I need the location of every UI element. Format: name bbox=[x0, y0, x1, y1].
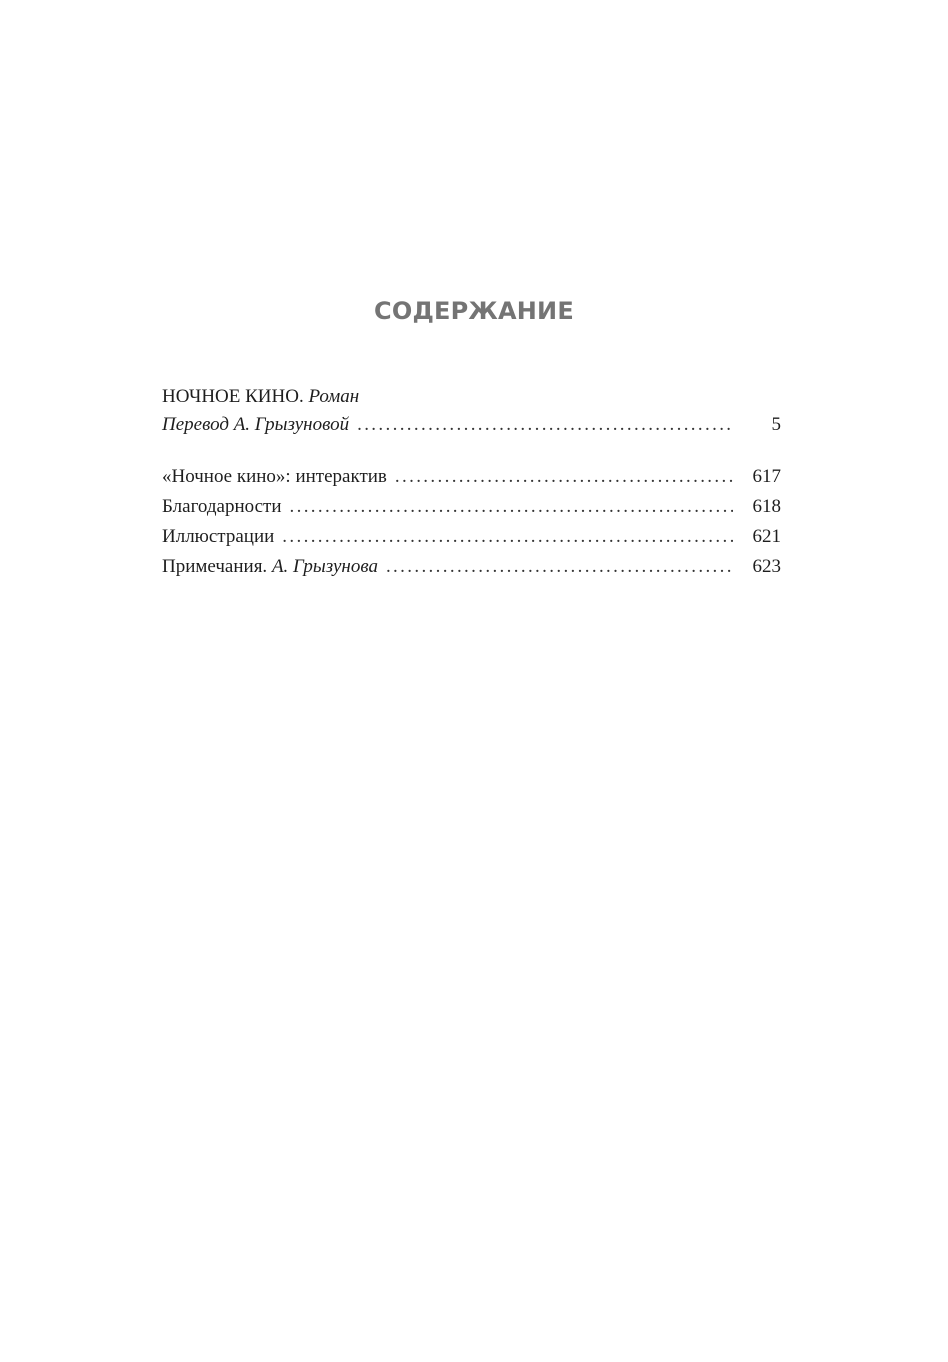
page-number: 617 bbox=[739, 462, 781, 492]
toc-entry-novel-title: НОЧНОЕ КИНО. Роман bbox=[162, 384, 781, 410]
dot-leader bbox=[357, 410, 733, 440]
page-number: 623 bbox=[739, 552, 781, 582]
toc-entry-interactive[interactable]: «Ночное кино»: интерактив 617 bbox=[162, 462, 781, 492]
page-number: 618 bbox=[739, 492, 781, 522]
novel-genre: Роман bbox=[308, 384, 359, 410]
dot-leader bbox=[290, 492, 734, 522]
toc-entry-notes[interactable]: Примечания. А. Грызунова 623 bbox=[162, 552, 781, 582]
toc-entry-text: Иллюстрации bbox=[162, 522, 274, 552]
toc-entry-novel[interactable]: Перевод А. Грызуновой 5 bbox=[162, 410, 781, 440]
toc-entry-illustrations[interactable]: Иллюстрации 621 bbox=[162, 522, 781, 552]
toc-entry-text: «Ночное кино»: интерактив bbox=[162, 462, 387, 492]
novel-translator: Перевод А. Грызуновой bbox=[162, 410, 349, 440]
page-number: 621 bbox=[739, 522, 781, 552]
dot-leader bbox=[386, 552, 733, 582]
dot-leader bbox=[395, 462, 733, 492]
toc-entry-author: А. Грызунова bbox=[272, 552, 378, 582]
dot-leader bbox=[282, 522, 733, 552]
novel-title: НОЧНОЕ КИНО. bbox=[162, 384, 304, 410]
toc-entry-text: Примечания. bbox=[162, 552, 267, 582]
toc-entry-text: Благодарности bbox=[162, 492, 282, 522]
table-of-contents: НОЧНОЕ КИНО. Роман Перевод А. Грызуновой… bbox=[162, 384, 781, 582]
page-title: СОДЕРЖАНИЕ bbox=[0, 297, 948, 325]
toc-entry-acknowledgements[interactable]: Благодарности 618 bbox=[162, 492, 781, 522]
page-number: 5 bbox=[739, 410, 781, 440]
